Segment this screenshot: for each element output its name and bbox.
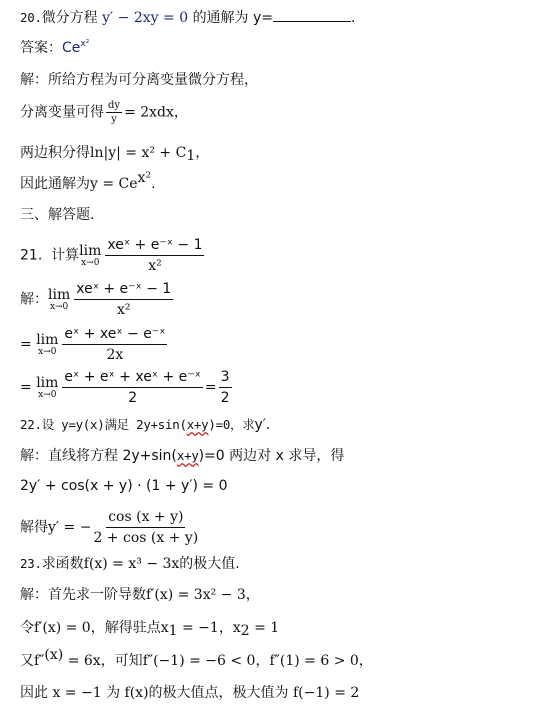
q21-solution-step3: = limx→0eˣ + eˣ + xeˣ + e⁻ˣ2=32 xyxy=(20,368,234,407)
denominator: 2x xyxy=(107,345,124,364)
x2: x xyxy=(233,620,241,636)
answer-exponent: x² xyxy=(80,39,89,49)
lim-under: x→0 xyxy=(38,391,56,400)
general-expr: y = Ce xyxy=(90,176,138,192)
q20-integration: 两边积分得ln|y| = x² + C1， xyxy=(20,143,209,163)
solution-label: 解： xyxy=(20,448,48,464)
punct: . xyxy=(151,176,155,192)
q22-prompt: 设 y=y(x)满足 2y+sin( xyxy=(42,417,187,432)
spellcheck-underline: x+y xyxy=(187,417,209,432)
q20-separation: 分离变量可得dyy= 2xdx， xyxy=(20,100,188,125)
equals: = xyxy=(20,380,32,396)
q20-end: . xyxy=(351,10,355,26)
step-text: 令 xyxy=(20,620,34,636)
q21-solution-step2: = limx→0eˣ + xeˣ − e⁻ˣ2x xyxy=(20,325,169,364)
conclusion-text: 因此 xyxy=(20,685,52,701)
solve-fraction: cos (x + y)2 + cos (x + y) xyxy=(93,508,198,547)
step-value: = 6x xyxy=(63,653,100,669)
numerator: eˣ + xeˣ − e⁻ˣ xyxy=(62,325,167,345)
lim-under: x→0 xyxy=(81,259,99,268)
answer-base: Ce xyxy=(62,40,80,56)
punct: ， xyxy=(255,653,269,669)
general-text: 因此通解为 xyxy=(20,176,90,192)
lim-word: lim xyxy=(79,243,101,259)
integration-expr: ln|y| = x² + C xyxy=(90,145,186,161)
solution-label: 解： xyxy=(20,72,48,88)
conclusion-f: f(x) xyxy=(125,685,149,701)
conclusion-text: 的极大值点，极大值为 xyxy=(149,685,293,701)
step-text: 又 xyxy=(20,653,34,669)
q20-equation: y′ − 2xy = 0 xyxy=(102,10,188,26)
solve-text: 解得 xyxy=(20,520,48,536)
constant-subscript: 1 xyxy=(186,148,195,164)
lim-under: x→0 xyxy=(38,348,56,357)
second-derivative: f″ xyxy=(34,653,44,669)
punct: ， xyxy=(359,653,373,669)
lim-word: lim xyxy=(36,375,58,391)
punct: ， xyxy=(246,587,260,603)
limit-operator: limx→0 xyxy=(36,332,58,357)
numerator: cos (x + y) xyxy=(106,508,185,528)
step-expr: f′(x) = 0 xyxy=(34,620,91,636)
solution-text-cont: )=0 两边对 x 求导，得 xyxy=(199,448,345,464)
q20-solution-intro: 解：所给方程为可分离变量微分方程， xyxy=(20,70,258,90)
q23-conclusion: 因此 x = −1 为 f(x)的极大值点，极大值为 f(−1) = 2 xyxy=(20,683,359,703)
answer-blank xyxy=(273,9,351,22)
numerator: xeˣ + e⁻ˣ − 1 xyxy=(74,280,173,300)
lim-word: lim xyxy=(48,287,70,303)
denominator: y xyxy=(111,113,117,125)
punct: . xyxy=(266,417,270,433)
conclusion-text: 为 xyxy=(102,685,125,701)
denominator: 2 xyxy=(221,388,230,407)
step-text: ，可知 xyxy=(101,653,143,669)
q22-number: 22. xyxy=(20,417,42,432)
denominator: x² xyxy=(148,256,162,275)
superscript: (x) xyxy=(44,647,63,663)
numerator: eˣ + eˣ + xeˣ + e⁻ˣ xyxy=(62,368,202,388)
q23-step1: 解：首先求一阶导数f′(x) = 3x² − 3， xyxy=(20,585,260,605)
denominator: x² xyxy=(117,300,131,319)
q20-general-solution: 因此通解为y = Cex². xyxy=(20,174,156,194)
equals: = xyxy=(205,380,217,396)
x1-value: = −1 xyxy=(178,620,219,636)
denominator: 2 xyxy=(128,388,137,407)
general-exponent: x² xyxy=(138,170,152,186)
limit-operator: limx→0 xyxy=(48,287,70,312)
step3-fraction: eˣ + eˣ + xeˣ + e⁻ˣ2 xyxy=(62,368,202,407)
integration-text: 两边积分得 xyxy=(20,145,90,161)
q21-prompt: 计算 xyxy=(51,248,79,264)
dy-over-y-fraction: dyy xyxy=(106,100,122,125)
conclusion-x: x = −1 xyxy=(52,685,101,701)
limit-operator: limx→0 xyxy=(79,243,101,268)
numerator: 3 xyxy=(219,368,232,388)
q22-prompt-cont: )=0，求 xyxy=(208,417,254,432)
denominator: 2 + cos (x + y) xyxy=(93,528,198,547)
step-expr: f″(−1) = −6 < 0 xyxy=(143,653,256,669)
step-text: ，解得驻点 xyxy=(91,620,161,636)
q20-answer: 答案：Cex² xyxy=(20,38,89,58)
x1: x xyxy=(161,620,169,636)
spellcheck-underline: x+y xyxy=(177,448,199,463)
limit-operator: limx→0 xyxy=(36,375,58,400)
q20-number: 20. xyxy=(20,10,42,25)
equals: = xyxy=(20,337,32,353)
q23-step2: 令f′(x) = 0，解得驻点x1 = −1，x2 = 1 xyxy=(20,618,279,638)
result-fraction: 32 xyxy=(219,368,232,407)
q23-prompt-end: 的极大值. xyxy=(179,556,239,572)
conclusion-value: f(−1) = 2 xyxy=(293,685,359,701)
punct: ， xyxy=(195,145,209,161)
q23-prompt: 求函数 xyxy=(42,556,84,572)
q22-solve: 解得y′ = −cos (x + y)2 + cos (x + y) xyxy=(20,508,200,547)
x2-value: = 1 xyxy=(250,620,280,636)
q23-step3: 又f″(x) = 6x，可知f″(−1) = −6 < 0，f″(1) = 6 … xyxy=(20,651,373,671)
step-expr: f′(x) = 3x² − 3 xyxy=(146,587,246,603)
q22-derivative: 2y′ + cos(x + y) · (1 + y′) = 0 xyxy=(20,476,228,496)
q20-question: 20.微分方程 y′ − 2xy = 0 的通解为 y=. xyxy=(20,8,355,28)
q23-number: 23. xyxy=(20,556,42,571)
q21-fraction: xeˣ + e⁻ˣ − 1x² xyxy=(74,280,173,319)
punct: ， xyxy=(219,620,233,636)
x1-sub: 1 xyxy=(169,623,178,639)
solve-lhs: y′ = − xyxy=(48,520,91,536)
q21-question: 21. 计算limx→0xeˣ + e⁻ˣ − 1x² xyxy=(20,236,206,275)
q20-prefix: 微分方程 xyxy=(42,10,98,26)
numerator: xeˣ + e⁻ˣ − 1 xyxy=(105,236,204,256)
lim-word: lim xyxy=(36,332,58,348)
solution-label: 解： xyxy=(20,587,48,603)
q23-function: f(x) = x³ − 3x xyxy=(84,556,180,572)
section-title: 三、解答题. xyxy=(20,205,94,225)
q21-solution-step1: 解：limx→0xeˣ + e⁻ˣ − 1x² xyxy=(20,280,175,319)
step2-fraction: eˣ + xeˣ − e⁻ˣ2x xyxy=(62,325,167,364)
numerator: dy xyxy=(106,100,122,113)
q20-suffix: 的通解为 y= xyxy=(193,10,273,26)
answer-label: 答案： xyxy=(20,40,62,56)
solution-text: 所给方程为可分离变量微分方程， xyxy=(48,72,258,88)
lim-under: x→0 xyxy=(50,303,68,312)
step-expr: f″(1) = 6 > 0 xyxy=(269,653,358,669)
separation-rhs: = 2xdx， xyxy=(124,105,188,121)
solution-label: 解： xyxy=(20,292,48,308)
q22-question: 22.设 y=y(x)满足 2y+sin(x+y)=0，求y′. xyxy=(20,415,270,435)
separation-text: 分离变量可得 xyxy=(20,105,104,121)
step-text: 首先求一阶导数 xyxy=(48,587,146,603)
q22-solution-intro: 解：直线将方程 2y+sin(x+y)=0 两边对 x 求导，得 xyxy=(20,446,344,466)
q22-target: y′ xyxy=(254,417,265,433)
q23-question: 23.求函数f(x) = x³ − 3x的极大值. xyxy=(20,554,240,574)
x2-sub: 2 xyxy=(241,623,250,639)
solution-text: 直线将方程 2y+sin( xyxy=(48,448,177,464)
q21-fraction: xeˣ + e⁻ˣ − 1x² xyxy=(105,236,204,275)
q21-number: 21. xyxy=(20,248,42,264)
